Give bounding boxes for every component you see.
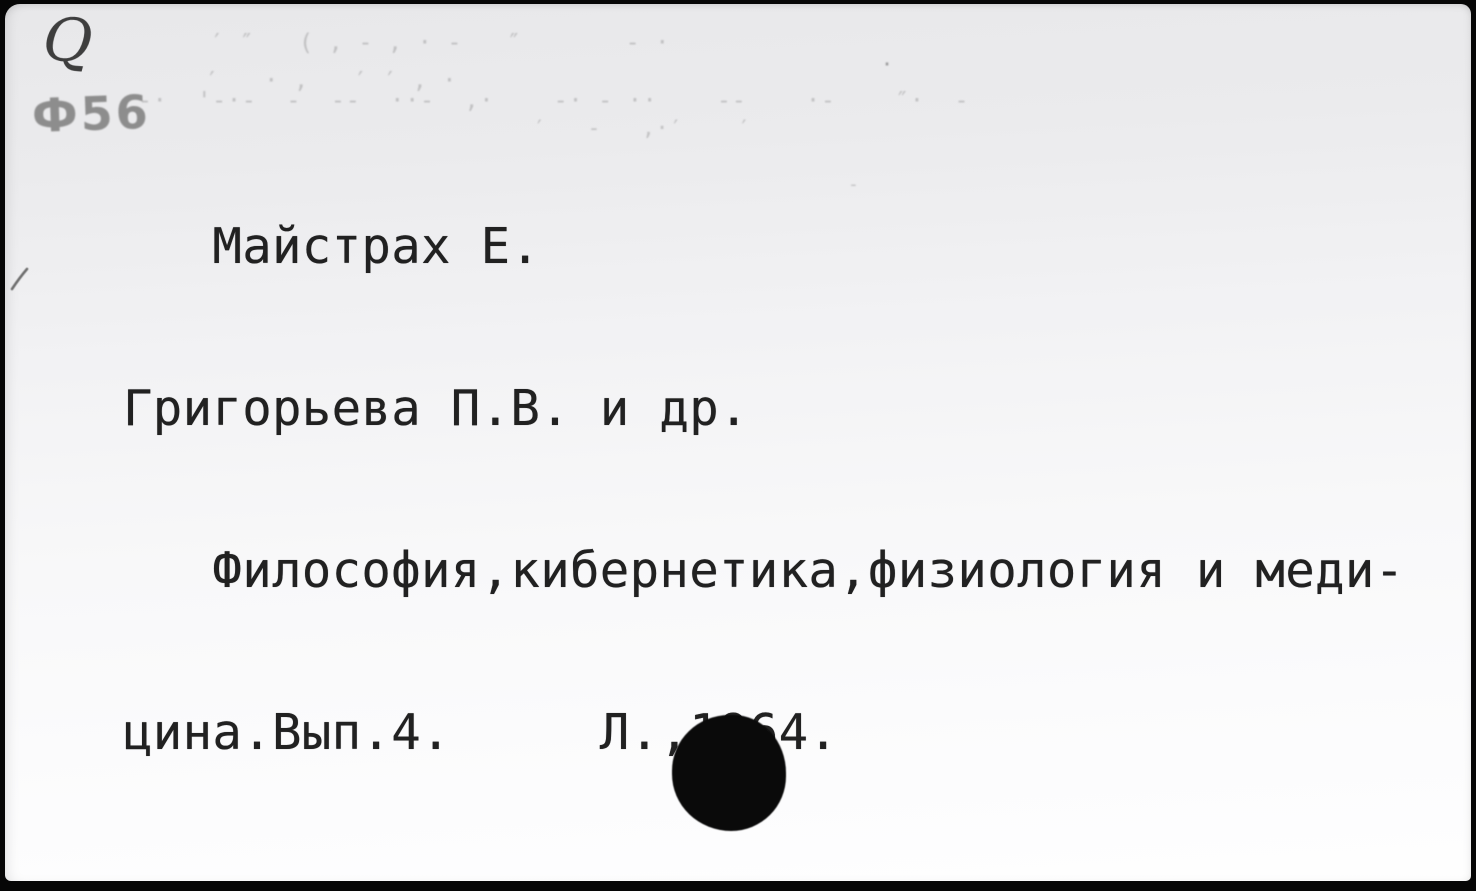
entry-title-line: Философия,кибернетика,физиология и меди-: [123, 544, 1404, 598]
entry-author-line: Майстрах Е.: [123, 220, 1404, 274]
handwritten-letter-q: Q: [41, 6, 95, 75]
entry-coauthor-line: Григорьева П.В. и др.: [123, 382, 1404, 436]
punch-hole-dot: [672, 715, 786, 831]
erased-text-marks-row1: ′ ″ ( ‚ - ‚ · - ″ - ·: [210, 30, 670, 56]
scanned-catalog-card-photo: Q Ф56 ′ ″ ( ‚ - ‚ · - ″ - · ′ · ‚ ′ ′ ‚ …: [0, 0, 1476, 891]
catalog-card: Q Ф56 ′ ″ ( ‚ - ‚ · - ″ - · ′ · ‚ ′ ′ ‚ …: [5, 4, 1471, 881]
pencil-tick-mark: [9, 266, 31, 292]
ink-smudge-mark: ·: [881, 52, 894, 76]
erased-text-marks-row3: -· '-·- - -- ··- ,· -· - ·· -- ·- ″· -: [138, 88, 969, 114]
